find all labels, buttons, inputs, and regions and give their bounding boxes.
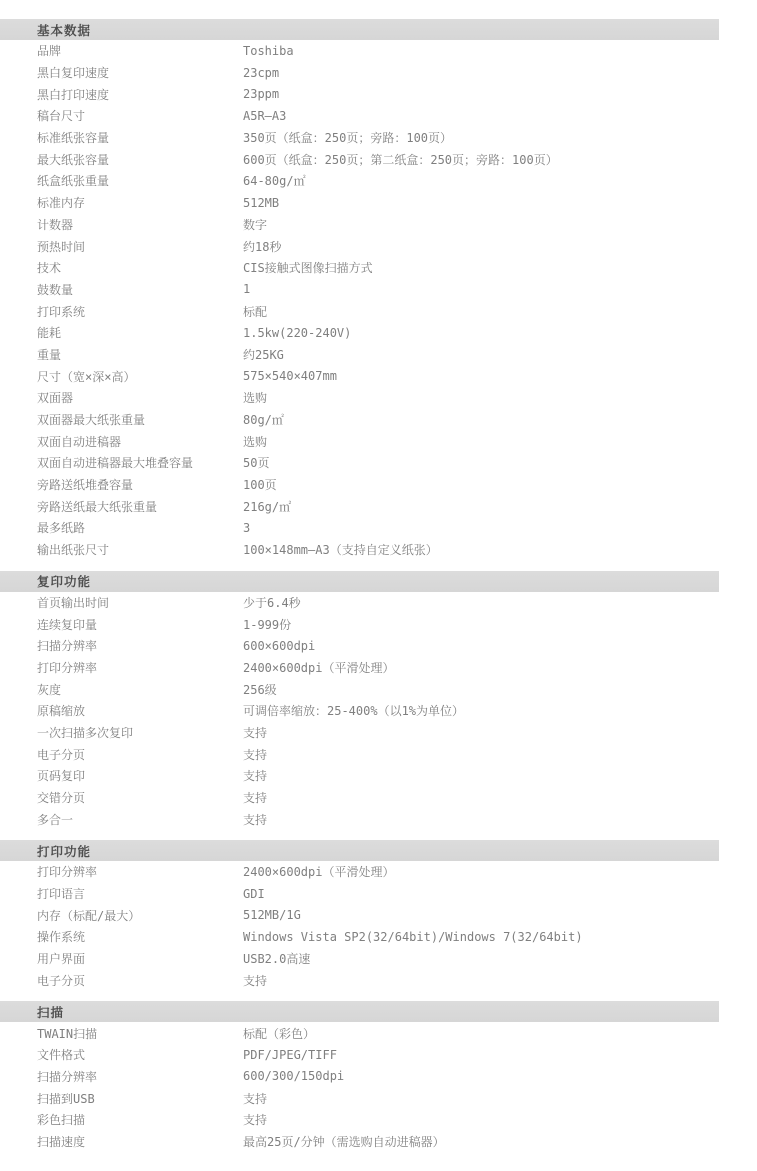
spec-row: 最多纸路 3 — [0, 517, 719, 539]
spec-row: 打印分辨率 2400×600dpi（平滑处理） — [0, 861, 719, 883]
spec-label: 扫描到USB — [0, 1090, 243, 1107]
spec-label: 输出纸张尺寸 — [0, 541, 243, 558]
spec-value: 2400×600dpi（平滑处理） — [243, 863, 719, 880]
spec-row: 打印语言 GDI — [0, 883, 719, 905]
spec-label: 黑白打印速度 — [0, 86, 243, 103]
section-rows: 打印分辨率 2400×600dpi（平滑处理） 打印语言 GDI 内存（标配/最… — [0, 861, 719, 991]
spec-value: 支持 — [243, 746, 719, 763]
spec-label: 鼓数量 — [0, 281, 243, 298]
spec-row: 电子分页 支持 — [0, 743, 719, 765]
section-header: 打印功能 — [0, 840, 719, 861]
spec-label: 能耗 — [0, 324, 243, 341]
spec-row: 最大纸张容量 600页（纸盒：250页；第二纸盒：250页；旁路：100页） — [0, 148, 719, 170]
spec-label: 打印分辨率 — [0, 863, 243, 880]
spec-label: 双面器 — [0, 389, 243, 406]
spec-value: 支持 — [243, 972, 719, 989]
spec-row: 黑白复印速度 23cpm — [0, 62, 719, 84]
spec-value: 64-80g/㎡ — [243, 172, 719, 189]
section-title: 扫描 — [37, 1003, 64, 1021]
spec-value: 600×600dpi — [243, 639, 719, 653]
spec-row: 双面器 选购 — [0, 387, 719, 409]
spec-value: 约25KG — [243, 346, 719, 363]
spec-label: TWAIN扫描 — [0, 1025, 243, 1042]
spec-value: PDF/JPEG/TIFF — [243, 1048, 719, 1062]
spec-row: 输出纸张尺寸 100×148mm—A3（支持自定义纸张） — [0, 539, 719, 561]
spec-value: 支持 — [243, 767, 719, 784]
spec-section: 基本数据 品牌 Toshiba 黑白复印速度 23cpm 黑白打印速度 23pp… — [0, 19, 719, 561]
spec-row: 标准纸张容量 350页（纸盒：250页；旁路：100页） — [0, 127, 719, 149]
spec-value: 80g/㎡ — [243, 411, 719, 428]
spec-row: 交错分页 支持 — [0, 787, 719, 809]
spec-label: 纸盒纸张重量 — [0, 172, 243, 189]
spec-value: 标配（彩色） — [243, 1025, 719, 1042]
spec-row: 双面自动进稿器 选购 — [0, 430, 719, 452]
spec-row: 电子分页 支持 — [0, 970, 719, 992]
section-title: 打印功能 — [37, 842, 91, 860]
spec-section: 扫描 TWAIN扫描 标配（彩色） 文件格式 PDF/JPEG/TIFF 扫描分… — [0, 1001, 719, 1152]
spec-label: 彩色扫描 — [0, 1111, 243, 1128]
spec-row: 技术 CIS接触式图像扫描方式 — [0, 257, 719, 279]
spec-value: A5R—A3 — [243, 109, 719, 123]
spec-row: 多合一 支持 — [0, 808, 719, 830]
spec-row: 扫描分辨率 600×600dpi — [0, 635, 719, 657]
spec-row: 原稿缩放 可调倍率缩放：25-400%（以1%为单位） — [0, 700, 719, 722]
spec-value: 支持 — [243, 789, 719, 806]
spec-row: 品牌 Toshiba — [0, 40, 719, 62]
spec-label: 打印语言 — [0, 885, 243, 902]
spec-label: 文件格式 — [0, 1046, 243, 1063]
spec-value: 575×540×407mm — [243, 369, 719, 383]
spec-row: 鼓数量 1 — [0, 279, 719, 301]
spec-label: 稿台尺寸 — [0, 107, 243, 124]
spec-value: 100×148mm—A3（支持自定义纸张） — [243, 541, 719, 558]
spec-label: 标准纸张容量 — [0, 129, 243, 146]
spec-row: 内存（标配/最大） 512MB/1G — [0, 904, 719, 926]
spec-row: 预热时间 约18秒 — [0, 235, 719, 257]
section-title: 基本数据 — [37, 21, 91, 39]
spec-row: 双面器最大纸张重量 80g/㎡ — [0, 409, 719, 431]
spec-value: Toshiba — [243, 44, 719, 58]
spec-row: 灰度 256级 — [0, 678, 719, 700]
spec-label: 连续复印量 — [0, 616, 243, 633]
section-header: 复印功能 — [0, 571, 719, 592]
spec-label: 首页输出时间 — [0, 594, 243, 611]
spec-value: 选购 — [243, 433, 719, 450]
spec-row: 纸盒纸张重量 64-80g/㎡ — [0, 170, 719, 192]
spec-row: 扫描到USB 支持 — [0, 1087, 719, 1109]
spec-row: 重量 约25KG — [0, 344, 719, 366]
section-rows: 品牌 Toshiba 黑白复印速度 23cpm 黑白打印速度 23ppm 稿台尺… — [0, 40, 719, 561]
spec-label: 电子分页 — [0, 746, 243, 763]
spec-value: 支持 — [243, 1111, 719, 1128]
section-rows: TWAIN扫描 标配（彩色） 文件格式 PDF/JPEG/TIFF 扫描分辨率 … — [0, 1022, 719, 1152]
spec-value: GDI — [243, 887, 719, 901]
spec-value: 600页（纸盒：250页；第二纸盒：250页；旁路：100页） — [243, 151, 719, 168]
spec-label: 扫描速度 — [0, 1133, 243, 1150]
spec-label: 预热时间 — [0, 238, 243, 255]
spec-value: 支持 — [243, 811, 719, 828]
spec-value: 支持 — [243, 1090, 719, 1107]
spec-row: 打印分辨率 2400×600dpi（平滑处理） — [0, 657, 719, 679]
spec-row: 双面自动进稿器最大堆叠容量 50页 — [0, 452, 719, 474]
spec-label: 黑白复印速度 — [0, 64, 243, 81]
section-title: 复印功能 — [37, 572, 91, 590]
spec-value: 1-999份 — [243, 616, 719, 633]
section-header: 扫描 — [0, 1001, 719, 1022]
spec-value: 50页 — [243, 454, 719, 471]
spec-row: 计数器 数字 — [0, 214, 719, 236]
section-rows: 首页输出时间 少于6.4秒 连续复印量 1-999份 扫描分辨率 600×600… — [0, 592, 719, 831]
spec-value: 数字 — [243, 216, 719, 233]
spec-row: 能耗 1.5kw(220-240V) — [0, 322, 719, 344]
spec-label: 标准内存 — [0, 194, 243, 211]
spec-label: 最多纸路 — [0, 519, 243, 536]
spec-label: 双面自动进稿器最大堆叠容量 — [0, 454, 243, 471]
spec-label: 双面自动进稿器 — [0, 433, 243, 450]
spec-row: 标准内存 512MB — [0, 192, 719, 214]
spec-row: 扫描速度 最高25页/分钟（需选购自动进稿器） — [0, 1131, 719, 1153]
spec-value: 标配 — [243, 303, 719, 320]
spec-label: 页码复印 — [0, 767, 243, 784]
spec-label: 扫描分辨率 — [0, 637, 243, 654]
spec-row: 首页输出时间 少于6.4秒 — [0, 592, 719, 614]
spec-label: 灰度 — [0, 681, 243, 698]
spec-label: 一次扫描多次复印 — [0, 724, 243, 741]
spec-value: 3 — [243, 521, 719, 535]
spec-value: 约18秒 — [243, 238, 719, 255]
spec-label: 双面器最大纸张重量 — [0, 411, 243, 428]
spec-row: 黑白打印速度 23ppm — [0, 83, 719, 105]
spec-row: 稿台尺寸 A5R—A3 — [0, 105, 719, 127]
spec-label: 旁路送纸堆叠容量 — [0, 476, 243, 493]
spec-label: 旁路送纸最大纸张重量 — [0, 498, 243, 515]
spec-value: 350页（纸盒：250页；旁路：100页） — [243, 129, 719, 146]
spec-label: 内存（标配/最大） — [0, 907, 243, 924]
spec-label: 电子分页 — [0, 972, 243, 989]
spec-value: 2400×600dpi（平滑处理） — [243, 659, 719, 676]
spec-value: 1 — [243, 282, 719, 296]
spec-label: 技术 — [0, 259, 243, 276]
spec-value: USB2.0高速 — [243, 950, 719, 967]
spec-section: 复印功能 首页输出时间 少于6.4秒 连续复印量 1-999份 扫描分辨率 60… — [0, 571, 719, 831]
spec-row: 旁路送纸最大纸张重量 216g/㎡ — [0, 495, 719, 517]
spec-value: CIS接触式图像扫描方式 — [243, 259, 719, 276]
spec-value: 512MB/1G — [243, 908, 719, 922]
spec-label: 重量 — [0, 346, 243, 363]
spec-label: 品牌 — [0, 42, 243, 59]
spec-label: 计数器 — [0, 216, 243, 233]
section-header: 基本数据 — [0, 19, 719, 40]
spec-value: 23cpm — [243, 66, 719, 80]
spec-row: 扫描分辨率 600/300/150dpi — [0, 1066, 719, 1088]
spec-value: 23ppm — [243, 87, 719, 101]
spec-label: 原稿缩放 — [0, 702, 243, 719]
spec-label: 交错分页 — [0, 789, 243, 806]
spec-label: 打印系统 — [0, 303, 243, 320]
spec-label: 打印分辨率 — [0, 659, 243, 676]
spec-row: 操作系统 Windows Vista SP2(32/64bit)/Windows… — [0, 926, 719, 948]
spec-label: 用户界面 — [0, 950, 243, 967]
spec-value: 选购 — [243, 389, 719, 406]
spec-row: 用户界面 USB2.0高速 — [0, 948, 719, 970]
spec-row: 尺寸（宽×深×高） 575×540×407mm — [0, 365, 719, 387]
spec-value: 600/300/150dpi — [243, 1069, 719, 1083]
spec-row: 文件格式 PDF/JPEG/TIFF — [0, 1044, 719, 1066]
spec-value: 256级 — [243, 681, 719, 698]
spec-row: 一次扫描多次复印 支持 — [0, 722, 719, 744]
spec-value: 最高25页/分钟（需选购自动进稿器） — [243, 1133, 719, 1150]
spec-value: 100页 — [243, 476, 719, 493]
spec-label: 尺寸（宽×深×高） — [0, 368, 243, 385]
spec-row: 连续复印量 1-999份 — [0, 613, 719, 635]
spec-section: 打印功能 打印分辨率 2400×600dpi（平滑处理） 打印语言 GDI 内存… — [0, 840, 719, 991]
spec-row: 打印系统 标配 — [0, 300, 719, 322]
spec-value: 支持 — [243, 724, 719, 741]
spec-value: 可调倍率缩放：25-400%（以1%为单位） — [243, 702, 719, 719]
spec-value: 512MB — [243, 196, 719, 210]
spec-row: 彩色扫描 支持 — [0, 1109, 719, 1131]
spec-value: Windows Vista SP2(32/64bit)/Windows 7(32… — [243, 930, 719, 944]
spec-label: 操作系统 — [0, 928, 243, 945]
spec-value: 216g/㎡ — [243, 498, 719, 515]
spec-value: 1.5kw(220-240V) — [243, 326, 719, 340]
spec-label: 最大纸张容量 — [0, 151, 243, 168]
spec-row: 旁路送纸堆叠容量 100页 — [0, 474, 719, 496]
spec-value: 少于6.4秒 — [243, 594, 719, 611]
spec-row: 页码复印 支持 — [0, 765, 719, 787]
spec-row: TWAIN扫描 标配（彩色） — [0, 1022, 719, 1044]
spec-table: 基本数据 品牌 Toshiba 黑白复印速度 23cpm 黑白打印速度 23pp… — [0, 0, 719, 1152]
spec-label: 多合一 — [0, 811, 243, 828]
spec-label: 扫描分辨率 — [0, 1068, 243, 1085]
